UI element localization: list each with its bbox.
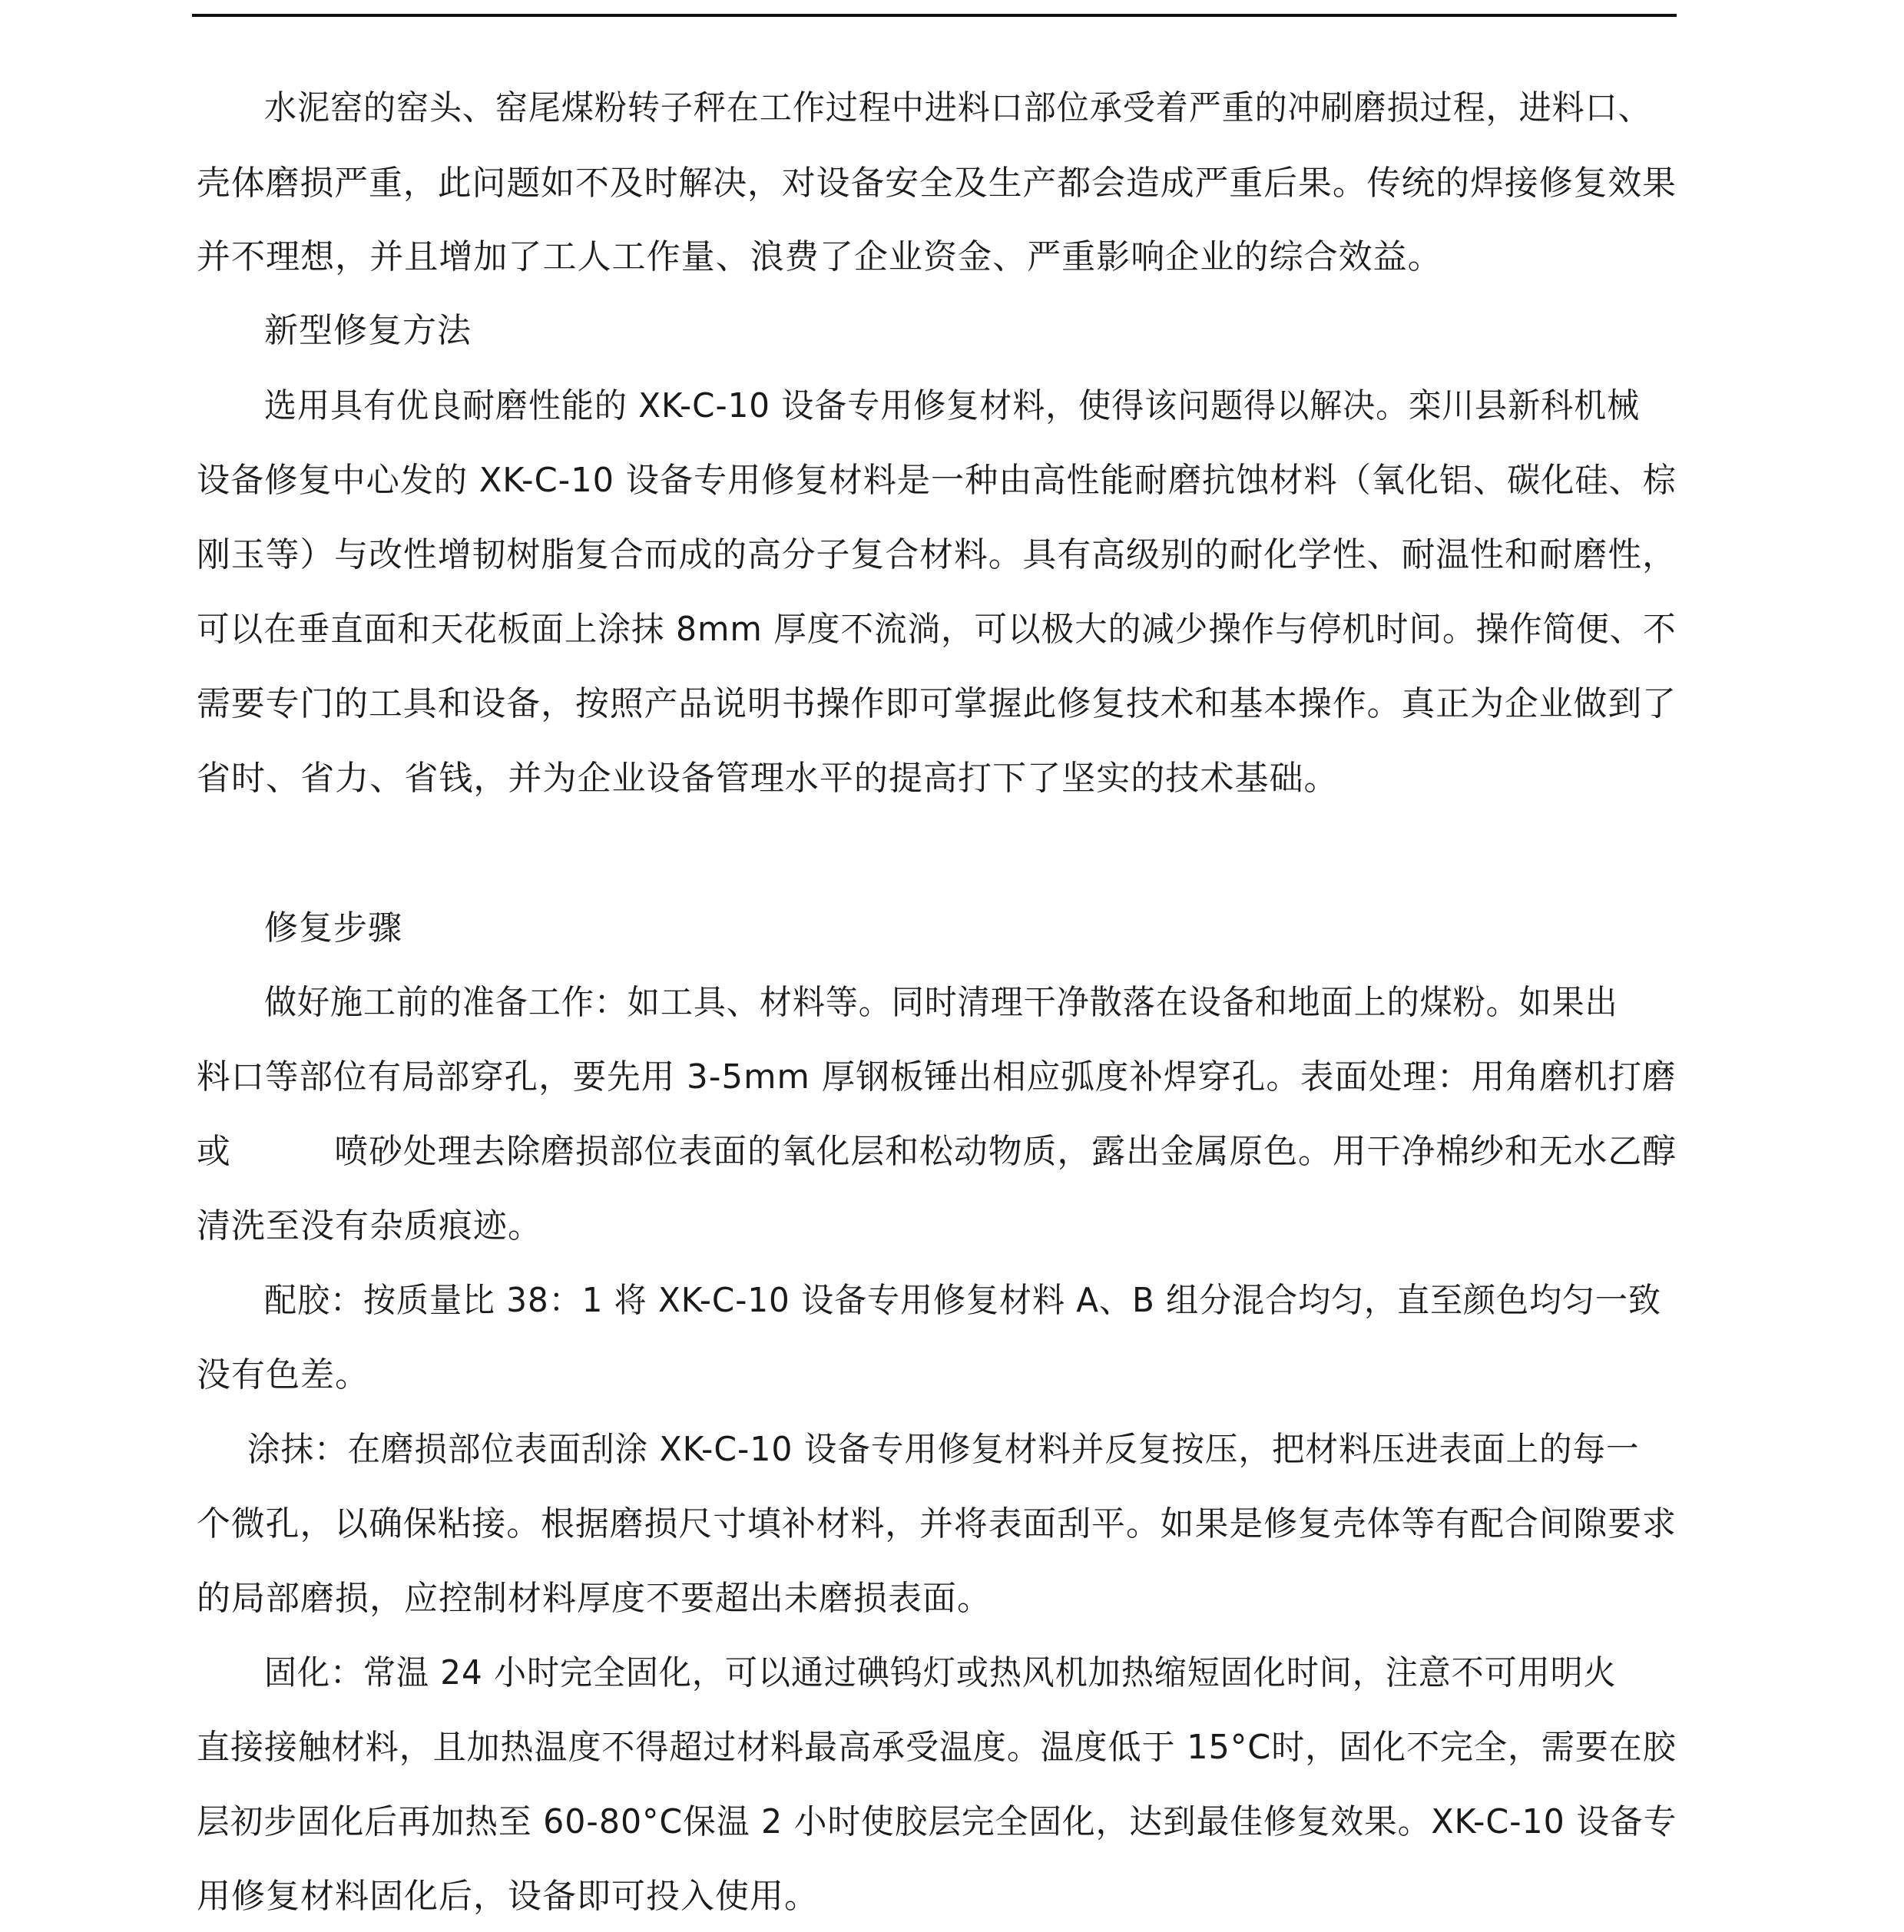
text-line: 选用具有优良耐磨性能的 XK-C-10 设备专用修复材料，使得该问题得以解决。栾… [264,384,1677,428]
text-line: 需要专门的工具和设备，按照产品说明书操作即可掌握此修复技术和基本操作。真正为企业… [197,682,1669,726]
text-line: 的局部磨损，应控制材料厚度不要超出未磨损表面。 [197,1576,1675,1621]
text-line: 涂抹：在磨损部位表面刮涂 XK-C-10 设备专用修复材料并反复按压，把材料压进… [247,1427,1677,1472]
text-line: 壳体磨损严重，此问题如不及时解决，对设备安全及生产都会造成严重后果。传统的焊接修… [197,161,1669,206]
header-rule [192,14,1677,17]
text-line: 刚玉等）与改性增韧树脂复合而成的高分子复合材料。具有高级别的耐化学性、耐温性和耐… [197,533,1669,577]
text-line: 固化：常温 24 小时完全固化，可以通过碘钨灯或热风机加热缩短固化时间，注意不可… [264,1651,1677,1695]
text-line: 省时、省力、省钱，并为企业设备管理水平的提高打下了坚实的技术基础。 [197,756,1677,801]
text-line: 设备修复中心发的 XK-C-10 设备专用修复材料是一种由高性能耐磨抗蚀材料（氧… [197,458,1647,503]
text-line: 并不理想，并且增加了工人工作量、浪费了企业资金、严重影响企业的综合效益。 [197,235,1677,280]
text-line: 水泥窑的窑头、窑尾煤粉转子秤在工作过程中进料口部位承受着严重的冲刷磨损过程，进料… [264,86,1677,131]
text-line: 清洗至没有杂质痕迹。 [197,1204,1675,1249]
text-line: 新型修复方法 [264,309,1743,353]
text-line: 直接接触材料，且加热温度不得超过材料最高承受温度。温度低于 15°C时，固化不完… [197,1725,1641,1770]
text-line: 层初步固化后再加热至 60-80°C保温 2 小时使胶层完全固化，达到最佳修复效… [197,1800,1631,1844]
text-line: 修复步骤 [264,906,1743,951]
text-line: 配胶：按质量比 38：1 将 XK-C-10 设备专用修复材料 A、B 组分混合… [264,1279,1677,1323]
text-line: 或 喷砂处理去除磨损部位表面的氧化层和松动物质，露出金属原色。用干净棉纱和无水乙… [197,1130,1669,1174]
text-line: 用修复材料固化后，设备即可投入使用。 [197,1874,1675,1919]
text-line: 做好施工前的准备工作：如工具、材料等。同时清理干净散落在设备和地面上的煤粉。如果… [264,981,1677,1025]
text-line: 料口等部位有局部穿孔，要先用 3-5mm 厚钢板锤出相应弧度补焊穿孔。表面处理：… [197,1055,1659,1100]
text-line: 可以在垂直面和天花板面上涂抹 8mm 厚度不流淌，可以极大的减少操作与停机时间。… [197,607,1627,652]
text-line: 个微孔，以确保粘接。根据磨损尺寸填补材料，并将表面刮平。如果是修复壳体等有配合间… [197,1502,1669,1547]
text-line: 没有色差。 [197,1353,1675,1398]
